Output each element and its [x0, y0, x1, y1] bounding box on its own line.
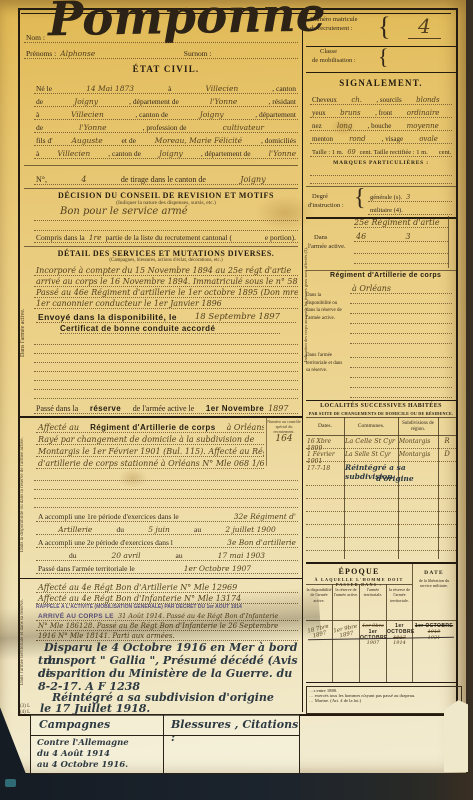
ruled-line — [350, 380, 452, 388]
epoque-value-cell: 1er 9bre1er OCTOBRE1907 — [360, 624, 386, 647]
blessures-header: Blessures , Citations : — [171, 718, 299, 744]
passe-reserve-line: Passé dans laréservede l'armée active le… — [34, 399, 298, 414]
ruled-line — [350, 306, 452, 314]
armee-active-hw: 25e Régiment d'artie — [354, 218, 448, 228]
epoque-table: ÉPOQUE À LAQUELLE L'HOMME DOIT PASSER DA… — [306, 562, 456, 683]
nom-line: Nom : — [24, 30, 298, 43]
section-rule — [24, 246, 298, 247]
localite-mark: D — [438, 450, 456, 458]
taille-line: Taille : 1 m.69cent. Taille rectifiée : … — [310, 144, 452, 157]
envoye-disponibilite-line: Envoyé dans la disponibilité, le18 Septe… — [36, 309, 296, 323]
footnote-marker: (4) L — [20, 710, 30, 715]
brace-glyph: { — [378, 44, 389, 70]
campagnes-table: Campagnes Blessures , Citations : Contre… — [30, 714, 300, 774]
trait-line: Cheveuxch., sourcilsblonds — [310, 92, 452, 105]
armee-active-section: Dans l'armée active. 25e Régiment d'arti… — [306, 216, 456, 271]
campagnes-header: Campagnes — [39, 718, 110, 731]
ruled-line — [34, 345, 298, 354]
ruled-line — [34, 372, 298, 381]
margin-number-value: 164 — [267, 434, 301, 444]
localite-date: 16 Xbre 1899 — [307, 438, 344, 452]
register-photo: Pomponne Nom : Prénoms :AlphonseSurnom :… — [0, 0, 473, 800]
localites-rule — [306, 435, 456, 436]
etat-civil-line: àVillecien, canton deJoigny, département… — [34, 145, 298, 159]
margin-number-box: Numéro au contrôle spécial du recrutemen… — [266, 418, 301, 466]
footer-note-box: …s entre 1880. … exercés tous les hommes… — [306, 686, 462, 714]
localites-subtitle: PAR SUITE DE CHANGEMENTS DE DOMICILE OU … — [306, 411, 456, 416]
ruled-line — [350, 360, 452, 368]
services-hw-line: 1er canonnier conducteur le 1er Janvier … — [34, 299, 224, 308]
affectation-hw-line: N° Mle 186128. Passé au 8e Régt Bon d'In… — [36, 622, 280, 630]
ruled-line — [354, 246, 448, 254]
ruled-line — [34, 212, 298, 221]
services-hw-line: Incorporé à compter du 15 Novembre 1894 … — [34, 266, 293, 275]
localites-header-dates: Dates. — [306, 423, 344, 429]
matricule-box: Numéro matricule du recrutement : { 4 — [306, 12, 456, 47]
section-rule — [24, 188, 298, 189]
localites-table: LOCALITÉS SUCCESSIVES HABITÉES PAR SUITE… — [306, 400, 456, 561]
backdrop-speck — [5, 779, 16, 787]
regiment-artillerie-stamp: Régiment d'Artillerie de corps — [330, 272, 456, 279]
localite-mark: R — [438, 437, 456, 445]
services-hw-line: Passé au 46e Régiment d'artillerie le 1e… — [34, 288, 298, 297]
ruled-line — [350, 296, 452, 304]
periode-line: A accompli une 1re période d'exercices d… — [36, 508, 298, 522]
armee-active-hw2: 463 — [354, 230, 448, 242]
mutation-line: Rayé par changement de domicile à la sub… — [36, 435, 256, 444]
ruled-line — [350, 390, 452, 398]
section-divider — [18, 578, 302, 579]
epoque-value-cell: 1er OCTOBRE19191921 — [414, 624, 454, 641]
under-page-corner — [444, 700, 468, 772]
affectation-line: Affecté au 4e Régt Bon d'Artillerie N° M… — [36, 583, 239, 592]
instruction-label-1: Degré — [312, 193, 328, 200]
decision-title: DÉCISION DU CONSEIL DE REVISION ET MOTIF… — [34, 191, 298, 200]
periode-line: Artilleriedu5 juinau2 juillet 1900 — [36, 521, 298, 535]
instruction-label-2: d'instruction : — [308, 202, 344, 209]
matricule-label-1: Numéro matricule — [310, 16, 357, 23]
brace-glyph: { — [354, 185, 366, 212]
signalement-title: SIGNALEMENT. — [306, 78, 456, 88]
localite-date: 17-7-18 — [307, 465, 344, 472]
armee-active-label-1: Dans — [314, 234, 327, 241]
section-rule — [24, 165, 298, 166]
classe-label-1: Classe — [320, 48, 337, 55]
localite-subdivision: Montargis — [399, 451, 438, 458]
epoque-date-header-1: DATE — [412, 570, 456, 576]
affectation-hw-line: 1916 N° Mle 18141. Parti aux armées. — [36, 632, 177, 640]
ruled-line — [350, 350, 452, 358]
localites-rule — [306, 448, 456, 449]
trait-line: nezlong, bouchemoyenne — [310, 118, 452, 131]
epoque-col-header: la disponibilité de l'armée active. — [306, 587, 332, 603]
localite-reintegre-2: d'origine — [376, 474, 456, 483]
classe-label-2: de mobilisation : — [312, 57, 356, 64]
ruled-line — [34, 363, 298, 372]
campagne-row: du 4 Août 1914 — [37, 749, 110, 759]
campagnes-col-divider — [163, 715, 164, 773]
ruled-line — [350, 336, 452, 344]
instruction-militaire-line: militaire (4). — [368, 203, 452, 215]
ruled-line — [34, 336, 298, 345]
localites-rule — [306, 524, 456, 525]
localites-header-communes: Communes. — [344, 423, 398, 429]
ruled-line — [350, 370, 452, 378]
periode-line: Passé dans l'armée territoriale le1er Oc… — [36, 560, 298, 574]
mutation-line: Montargis le 1er Février 1901 (Bul. 115)… — [36, 447, 264, 456]
etat-civil-line: àVillecien, canton deJoigny, département — [34, 106, 298, 120]
epoque-date-col-line — [412, 564, 413, 682]
localites-rule — [306, 511, 456, 512]
services-title: DÉTAIL DES SERVICES ET MUTATIONS DIVERSE… — [34, 249, 298, 258]
footnote-marker: (3) L — [20, 704, 30, 709]
epoque-rule — [306, 620, 456, 621]
etat-civil-line: fils d'Augusteet deMoreau, Marie Félicit… — [34, 132, 298, 146]
ruled-line — [34, 354, 298, 363]
epoque-col-header: la réserve de l'armée active. — [333, 587, 359, 598]
instruction-box: Degré d'instruction : { générale (s).3 m… — [306, 186, 456, 219]
ruled-line — [310, 168, 452, 176]
section-divider — [18, 416, 302, 418]
margin-label-armee-active: Dans l'armée active. — [20, 268, 32, 398]
trait-line: yeuxbruns, frontordinaire — [310, 105, 452, 118]
localites-header-rule — [306, 417, 456, 418]
localites-rule — [306, 461, 456, 462]
instruction-generale-line: générale (s).3 — [368, 190, 452, 202]
epoque-date-header-2: de la libération du service militaire. — [414, 578, 454, 589]
localites-rule — [306, 498, 456, 499]
margin-label-disponibilite: Dans la disponibilité ou dans la réserve… — [20, 420, 32, 570]
armee-active-label-2: l'armée active. — [308, 243, 346, 250]
margin-number-label: Numéro au contrôle spécial du recrutemen… — [267, 418, 301, 434]
disponibilite-hw-line: à Orléans — [350, 282, 452, 294]
ruled-line — [34, 490, 298, 499]
epoque-col-header: l'armée territoriale. — [360, 587, 386, 598]
tirage-line: N°,4de tirage dans le canton deJoigny — [34, 170, 298, 185]
territoriale-label: Dans l'armée territoriale et dans sa rés… — [306, 352, 346, 375]
localite-date: 1 Février 1901 — [307, 451, 344, 465]
localites-title: LOCALITÉS SUCCESSIVES HABITÉES — [306, 403, 456, 409]
footer-note-line: … Marine. (Art. 4 de la loi.) — [309, 698, 459, 703]
localite-commune: La Celle St Cyr — [345, 437, 398, 445]
periode-line: A accompli une 2e période d'exercices da… — [36, 534, 298, 548]
ruled-line — [34, 381, 298, 390]
ruled-line — [34, 481, 298, 490]
etat-civil-line: deJoigny, département del'Yonne, résidan… — [34, 93, 298, 107]
campagne-row: Contre l'Allemagne — [37, 738, 129, 748]
brace-glyph: { — [378, 12, 390, 42]
ruled-line — [34, 390, 298, 399]
ruled-line — [350, 326, 452, 334]
localites-header-subdivisions: Subdivisions de région. — [398, 421, 438, 433]
localites-rule — [306, 537, 456, 538]
periode-line: du20 avrilau17 mai 1903 — [36, 547, 298, 561]
disparu-line: disparition du Ministère de la Guerre. d… — [38, 667, 298, 680]
localite-commune: La Selle St Cyr — [345, 451, 398, 458]
certificat-stamp: Certificat de bonne conduite accordé — [60, 324, 280, 334]
prenoms-line: Prénoms :AlphonseSurnom : — [24, 45, 298, 59]
classe-box: Classe de mobilisation : { — [306, 46, 456, 73]
epoque-value-cell: 1er OCTOBRE19171914 — [387, 624, 412, 647]
ruled-line — [354, 256, 448, 264]
matricule-value: 4 — [408, 14, 441, 39]
trait-line: mentonrond, visageovale — [310, 131, 452, 144]
localites-rule — [306, 550, 456, 551]
epoque-title: ÉPOQUE — [306, 567, 412, 576]
disponibilite-label: Dans la disponibilité ou dans la réserve… — [306, 292, 346, 322]
mutation-line: d'artillerie de corps stationné à Orléan… — [36, 459, 264, 468]
etat-civil-line: Né le14 Mai 1873àVillecien, canton — [34, 80, 298, 94]
epoque-col-header: la réserve de l'armée territoriale. — [387, 587, 412, 603]
ruled-line — [34, 499, 298, 508]
campagne-row: au 4 Octobre 1916. — [37, 760, 128, 770]
services-hw-line: arrivé au corps le 16 Novembre 1894. Imm… — [34, 277, 298, 286]
services-subtitle: (Campagnes, blessures, actions d'éclat, … — [34, 258, 298, 263]
etat-civil-line: del'Yonne, profession decultivateur — [34, 119, 298, 133]
ruled-line — [310, 176, 452, 184]
affectation-line: Affecté au 4e Régt Bon d'Infanterie N° M… — [36, 594, 243, 603]
etat-civil-title: ÉTAT CIVIL. — [34, 64, 298, 74]
ruled-line — [350, 316, 452, 324]
compris-line: Compris dans la1repartie de la liste du … — [34, 229, 298, 243]
localites-rule — [306, 485, 456, 486]
ruled-line — [34, 472, 298, 481]
regiment-margin-strip — [448, 216, 456, 268]
margin-label-territoriale: Dans l'armée territoriale et dans sa rés… — [20, 582, 32, 702]
marques-label: MARQUES PARTICULIÈRES : — [306, 160, 456, 166]
localite-subdivision: Montargis — [399, 438, 438, 445]
matricule-label-2: du recrutement : — [310, 25, 353, 32]
